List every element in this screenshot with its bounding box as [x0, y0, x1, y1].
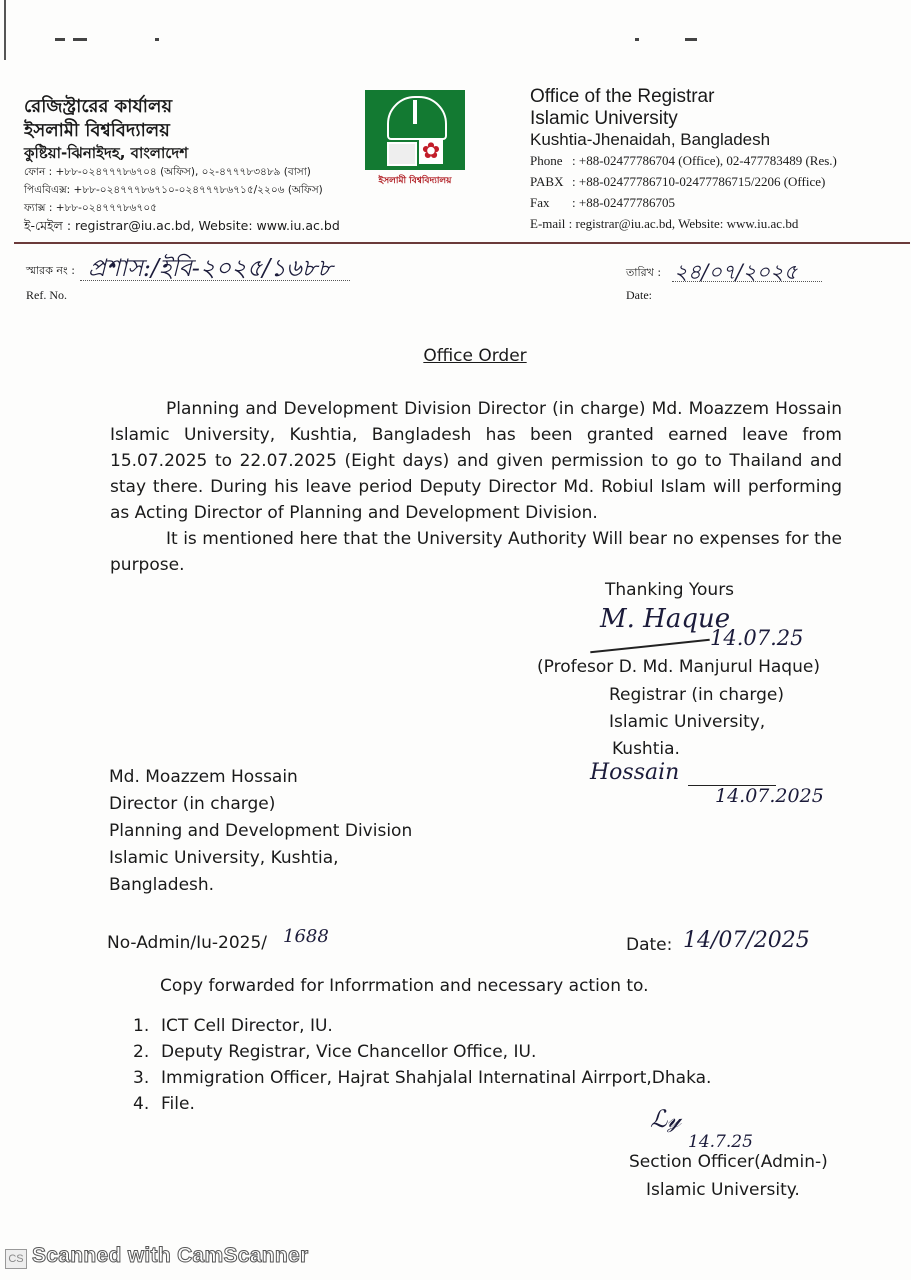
logo-caption: ইসলামী বিশ্ববিদ্যালয়	[365, 173, 465, 188]
camscanner-watermark: Scanned with CamScanner	[32, 1244, 308, 1268]
receipt-signature: Hossain	[590, 760, 679, 785]
copy-forwarded-text: Copy forwarded for Inforrmation and nece…	[160, 976, 649, 996]
order-paragraph: Planning and Development Division Direct…	[110, 396, 842, 526]
addressee-line: Islamic University, Kushtia,	[109, 845, 339, 872]
addressee-line: Bangladesh.	[109, 872, 214, 899]
list-text: ICT Cell Director, IU.	[161, 1016, 333, 1036]
header-bn-pabx: পিএবিএক্স: +৮৮-০২৪৭৭৭৮৬৭১০-০২৪৭৭৭৮৬৭১৫/২…	[24, 183, 323, 200]
signatory-title: Registrar (in charge)	[609, 685, 784, 705]
order-body: Planning and Development Division Direct…	[110, 396, 842, 578]
list-number: 3.	[133, 1065, 161, 1091]
book-icon	[387, 142, 417, 166]
header-bn-location: কুষ্টিয়া-ঝিনাইদহ, বাংলাদেশ	[24, 142, 188, 167]
addressee-line: Md. Moazzem Hossain	[109, 764, 298, 791]
atom-emblem-icon: ✿	[419, 138, 443, 164]
section-officer-signature: ℒ𝓎	[650, 1105, 681, 1133]
header-bn-phone: ফোন : +৮৮-০২৪৭৭৭৮৬৭০৪ (অফিস), ০২-৪৭৭৭৮৩৪…	[24, 165, 311, 182]
header-en-email: E-mail : registrar@iu.ac.bd, Website: ww…	[530, 216, 798, 232]
memo-number-prefix: No-Admin/Iu-2025/	[107, 933, 267, 953]
fax-label: Fax	[530, 195, 572, 211]
order-paragraph: It is mentioned here that the University…	[110, 526, 842, 578]
scan-artifact-marks	[55, 38, 905, 44]
ref-dotted-line	[80, 280, 350, 281]
list-item: 2.Deputy Registrar, Vice Chancellor Offi…	[133, 1039, 711, 1065]
signatory-city: Kushtia.	[612, 739, 680, 759]
list-text: Deputy Registrar, Vice Chancellor Office…	[161, 1042, 536, 1062]
pabx-value: : +88-02477786710-02477786715/2206 (Offi…	[572, 174, 825, 189]
list-item: 3.Immigration Officer, Hajrat Shahjalal …	[133, 1065, 711, 1091]
ref-label-bn: স্মারক নং :	[26, 262, 75, 281]
section-officer-institution: Islamic University.	[646, 1180, 800, 1200]
registrar-signature-date: 14.07.25	[710, 626, 804, 650]
addressee-line: Director (in charge)	[109, 791, 275, 818]
signature-stroke	[590, 639, 710, 654]
date-label-en: Date:	[626, 288, 652, 303]
header-bn-email: ই-মেইল : registrar@iu.ac.bd, Website: ww…	[24, 218, 340, 238]
fax-value: : +88-02477786705	[572, 195, 675, 210]
header-bn-fax: ফ্যাক্স : +৮৮-০২৪৭৭৭৮৬৭০৫	[24, 201, 157, 218]
memo-date-label: Date:	[626, 935, 672, 955]
receipt-signature-date: 14.07.2025	[715, 785, 824, 807]
pabx-label: PABX	[530, 174, 572, 190]
list-text: Immigration Officer, Hajrat Shahjalal In…	[161, 1068, 711, 1088]
dome-icon	[387, 96, 447, 140]
phone-label: Phone	[530, 153, 572, 169]
section-officer-title: Section Officer(Admin-)	[629, 1152, 828, 1172]
list-item: 1.ICT Cell Director, IU.	[133, 1013, 711, 1039]
scan-edge	[4, 0, 6, 60]
camscanner-logo-icon: CS	[5, 1249, 27, 1269]
section-officer-signature-date: 14.7.25	[688, 1132, 753, 1152]
ref-number-handwritten: প্রশাস:/ইবি-২০২৫/১৬৮৮	[88, 250, 333, 290]
header-en-phone: Phone: +88-02477786704 (Office), 02-4777…	[530, 153, 837, 169]
memo-number-handwritten: 1688	[283, 926, 329, 947]
list-text: File.	[161, 1094, 195, 1114]
recipient-list: 1.ICT Cell Director, IU. 2.Deputy Regist…	[133, 1013, 711, 1117]
ref-label-en: Ref. No.	[26, 288, 67, 303]
memo-date-handwritten: 14/07/2025	[683, 928, 810, 953]
order-title: Office Order	[0, 346, 911, 366]
closing: Thanking Yours	[605, 580, 734, 600]
minaret-icon	[413, 100, 417, 124]
header-en-office: Office of the Registrar	[530, 86, 714, 108]
university-logo: ✿	[365, 90, 465, 170]
ref-date-handwritten: ২৪/০৭/২০২৫	[674, 256, 797, 291]
date-label-bn: তারিখ :	[626, 264, 661, 283]
list-item: 4.File.	[133, 1091, 711, 1117]
signatory-name: (Profesor D. Md. Manjurul Haque)	[537, 657, 820, 677]
list-number: 1.	[133, 1013, 161, 1039]
signatory-institution: Islamic University,	[609, 712, 765, 732]
list-number: 4.	[133, 1091, 161, 1117]
date-dotted-line	[672, 281, 822, 282]
header-en-pabx: PABX: +88-02477786710-02477786715/2206 (…	[530, 174, 825, 190]
phone-value: : +88-02477786704 (Office), 02-477783489…	[572, 153, 837, 168]
header-en-location: Kushtia-Jhenaidah, Bangladesh	[530, 130, 770, 150]
header-divider	[14, 242, 910, 244]
header-en-university: Islamic University	[530, 108, 678, 130]
list-number: 2.	[133, 1039, 161, 1065]
addressee-line: Planning and Development Division	[109, 818, 412, 845]
header-en-fax: Fax: +88-02477786705	[530, 195, 675, 211]
